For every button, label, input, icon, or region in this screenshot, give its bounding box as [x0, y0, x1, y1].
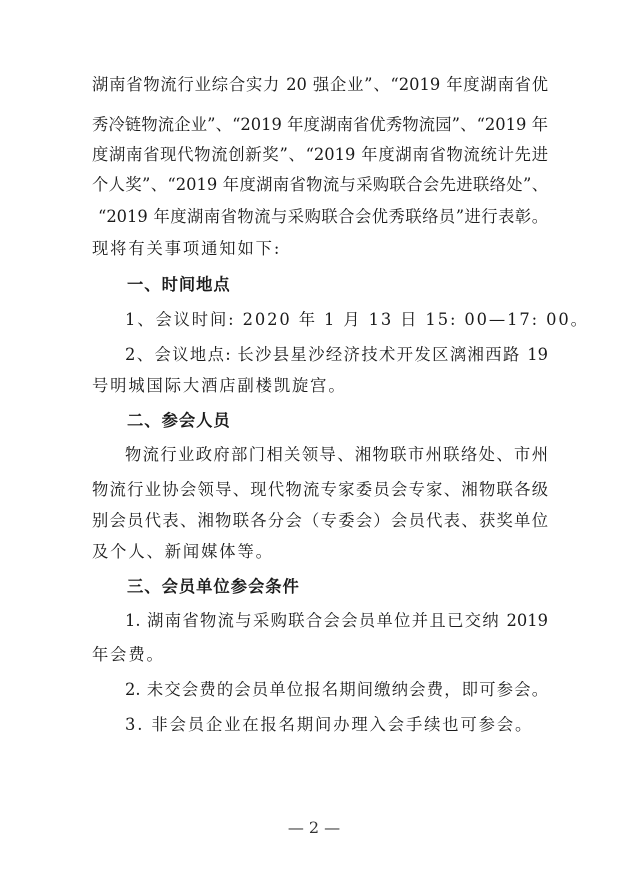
- condition-item-continued: 年会费。: [92, 644, 548, 666]
- paragraph-line: 现将有关事项通知如下:: [92, 238, 548, 260]
- section-heading-time-place: 一、时间地点: [127, 274, 583, 296]
- attendees-line: 及个人、新闻媒体等。: [92, 541, 548, 563]
- meeting-time: 1、会议时间: 2020 年 1 月 13 日 15: 00—17: 00。: [125, 309, 548, 331]
- attendees-line: 别会员代表、湘物联各分会（专委会）会员代表、获奖单位: [92, 510, 548, 532]
- condition-item: 1. 湖南省物流与采购联合会会员单位并且已交纳 2019: [125, 610, 548, 632]
- section-heading-conditions: 三、会员单位参会条件: [127, 576, 583, 598]
- attendees-line: 物流行业协会领导、现代物流专家委员会专家、湘物联各级: [92, 479, 548, 501]
- paragraph-line: “2019 年度湖南省物流与采购联合会优秀联络员”进行表彰。: [98, 206, 548, 228]
- paragraph-line: 度湖南省现代物流创新奖”、“2019 年度湖南省物流统计先进: [92, 144, 548, 166]
- paragraph-line: 个人奖”、“2019 年度湖南省物流与采购联合会先进联络处”、: [92, 174, 548, 196]
- page-number: — 2 —: [0, 818, 628, 838]
- attendees-line: 物流行业政府部门相关领导、湘物联市州联络处、市州: [125, 444, 548, 466]
- meeting-place: 2、会议地点: 长沙县星沙经济技术开发区漓湘西路 19: [125, 344, 548, 366]
- meeting-place-continued: 号明城国际大酒店副楼凯旋宫。: [92, 375, 548, 397]
- document-page: 湖南省物流行业综合实力 20 强企业”、“2019 年度湖南省优 秀冷链物流企业…: [0, 0, 628, 882]
- section-heading-attendees: 二、参会人员: [127, 410, 583, 432]
- paragraph-line: 秀冷链物流企业”、“2019 年度湖南省优秀物流园”、“2019 年: [92, 114, 548, 136]
- paragraph-line: 湖南省物流行业综合实力 20 强企业”、“2019 年度湖南省优: [92, 74, 548, 96]
- condition-item: 2. 未交会费的会员单位报名期间缴纳会费，即可参会。: [125, 679, 548, 701]
- condition-item: 3. 非会员企业在报名期间办理入会手续也可参会。: [125, 714, 548, 736]
